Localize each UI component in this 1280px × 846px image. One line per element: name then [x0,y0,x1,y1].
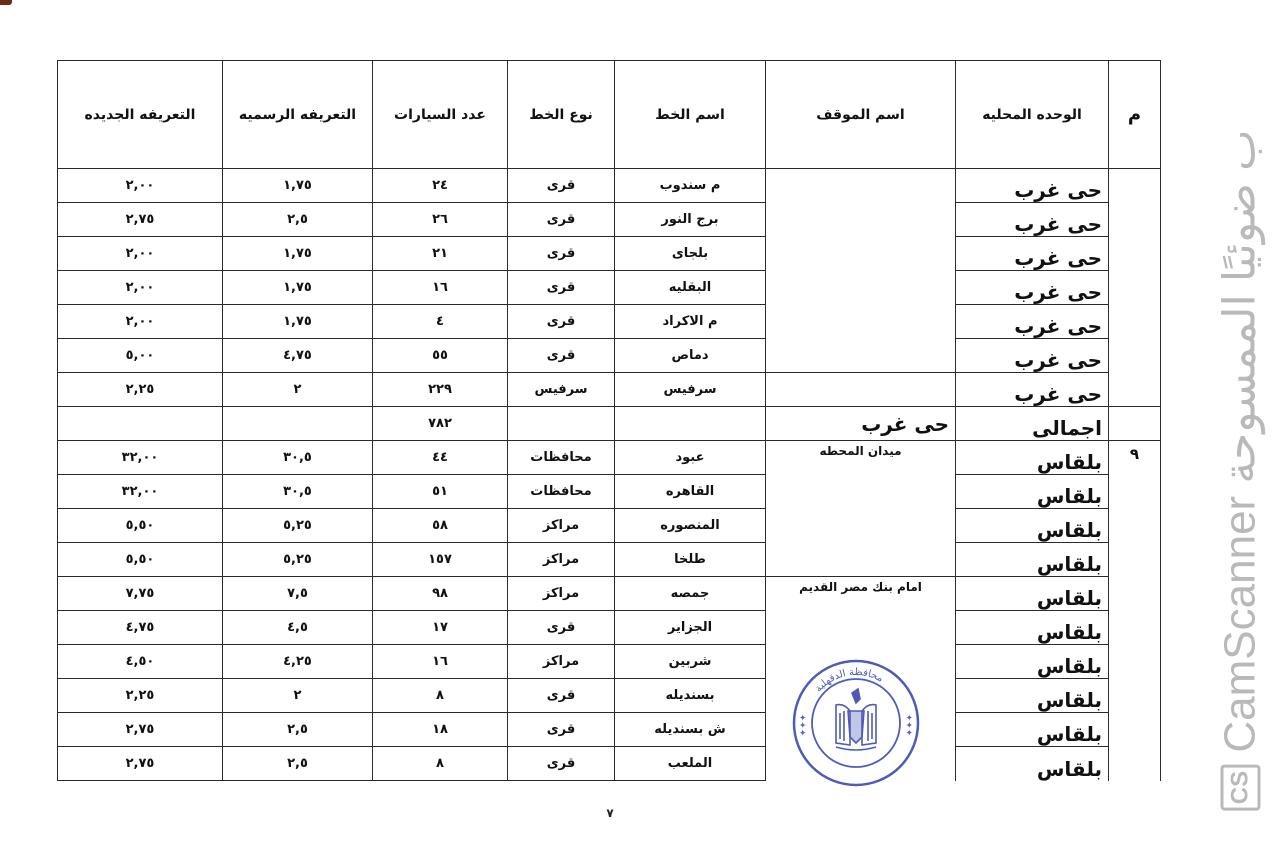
new-fare-cell: ٥,٠٠ [58,339,223,373]
new-fare-cell: ٢,٢٥ [58,679,223,713]
car-count-cell: ٥٨ [373,509,508,543]
camscanner-watermark: CS CamScanner ب ضوئيًا الممسوحة [1212,100,1268,840]
header-official-fare: التعريفه الرسميه [223,61,373,169]
car-count-cell: ٢٦ [373,203,508,237]
local-unit-cell: بلقاس [956,509,1109,543]
total-row: اجمالى حى غرب ٧٨٢ [58,407,1161,441]
new-fare-cell: ٥,٥٠ [58,543,223,577]
line-type-cell: سرفيس [508,373,615,407]
table-row: بلقاس الجزاير قرى ١٧ ٤,٥ ٤,٧٥ [58,611,1161,645]
local-unit-cell: بلقاس [956,577,1109,611]
local-unit-cell: بلقاس [956,713,1109,747]
table-row: بلقاس المنصوره مراكز ٥٨ ٥,٢٥ ٥,٥٠ [58,509,1161,543]
official-fare-cell: ٤,٧٥ [223,339,373,373]
official-fare-cell: ٢,٥ [223,713,373,747]
new-fare-cell: ٤,٥٠ [58,645,223,679]
line-type-cell: قرى [508,169,615,203]
line-type-cell: قرى [508,747,615,781]
header-index: م [1109,61,1161,169]
local-unit-cell: بلقاس [956,543,1109,577]
car-count-cell: ٨ [373,679,508,713]
new-fare-cell: ٢,٠٠ [58,169,223,203]
new-fare-cell [58,407,223,441]
table-row: بلقاس ش بسنديله قرى ١٨ ٢,٥ ٢,٧٥ [58,713,1161,747]
stop-name-cell [766,169,956,373]
local-unit-cell: حى غرب [956,237,1109,271]
line-name-cell: م سندوب [615,169,766,203]
official-fare-cell: ١,٧٥ [223,237,373,271]
total-unit-name: حى غرب [766,407,956,441]
car-count-cell: ٨ [373,747,508,781]
stop-name-cell [766,373,956,407]
camscanner-logo-icon: CS [1220,765,1260,811]
line-name-cell: م الاكراد [615,305,766,339]
car-count-cell: ١٧ [373,611,508,645]
new-fare-cell: ٢,٢٥ [58,373,223,407]
official-fare-cell: ١,٧٥ [223,271,373,305]
total-label: اجمالى [956,407,1109,441]
table-row: حى غرب البقليه قرى ١٦ ١,٧٥ ٢,٠٠ [58,271,1161,305]
line-type-cell: قرى [508,237,615,271]
line-name-cell [615,407,766,441]
table-row: حى غرب م الاكراد قرى ٤ ١,٧٥ ٢,٠٠ [58,305,1161,339]
car-count-cell: ١٥٧ [373,543,508,577]
page-number: ٧ [600,806,620,820]
car-count-cell: ٤ [373,305,508,339]
car-count-cell: ٢١ [373,237,508,271]
line-type-cell: قرى [508,305,615,339]
car-count-cell: ١٦ [373,271,508,305]
official-stamp: محافظة الدقهلية ✦✦✦ ✦✦✦ [786,653,926,793]
line-name-cell: جمصه [615,577,766,611]
line-type-cell: قرى [508,611,615,645]
official-fare-cell: ٢ [223,679,373,713]
new-fare-cell: ٢,٠٠ [58,305,223,339]
official-fare-cell: ٧,٥ [223,577,373,611]
table-row: بلقاس القاهره محافظات ٥١ ٣٠,٥ ٣٢,٠٠ [58,475,1161,509]
official-fare-cell: ١,٧٥ [223,169,373,203]
local-unit-cell: بلقاس [956,747,1109,781]
new-fare-cell: ٤,٧٥ [58,611,223,645]
header-new-fare: التعريفه الجديده [58,61,223,169]
svg-text:✦✦✦: ✦✦✦ [903,714,913,737]
new-fare-cell: ٧,٧٥ [58,577,223,611]
new-fare-cell: ٢,٧٥ [58,203,223,237]
line-type-cell: مراكز [508,509,615,543]
stop-name-cell: ميدان المحطه [766,441,956,577]
table-row: بلقاس بسنديله قرى ٨ ٢ ٢,٢٥ [58,679,1161,713]
line-type-cell: قرى [508,713,615,747]
line-name-cell: سرفيس [615,373,766,407]
local-unit-cell: حى غرب [956,271,1109,305]
official-fare-cell: ١,٧٥ [223,305,373,339]
local-unit-cell: بلقاس [956,611,1109,645]
total-car-count: ٧٨٢ [373,407,508,441]
table-row: بلقاس امام بنك مصر القديم جمصه مراكز ٩٨ … [58,577,1161,611]
new-fare-cell: ٣٢,٠٠ [58,441,223,475]
line-name-cell: عبود [615,441,766,475]
line-name-cell: ش بسنديله [615,713,766,747]
car-count-cell: ٩٨ [373,577,508,611]
line-name-cell: الملعب [615,747,766,781]
car-count-cell: ٢٤ [373,169,508,203]
new-fare-cell: ٢,٧٥ [58,713,223,747]
line-type-cell: قرى [508,271,615,305]
local-unit-cell: بلقاس [956,679,1109,713]
official-fare-cell: ٤,٥ [223,611,373,645]
line-name-cell: بسنديله [615,679,766,713]
local-unit-cell: حى غرب [956,305,1109,339]
official-fare-cell: ٤,٢٥ [223,645,373,679]
table-row: بلقاس شربين مراكز ١٦ ٤,٢٥ ٤,٥٠ [58,645,1161,679]
official-fare-cell: ٢,٥ [223,747,373,781]
new-fare-cell: ٢,٠٠ [58,237,223,271]
official-fare-cell: ٢ [223,373,373,407]
local-unit-cell: حى غرب [956,373,1109,407]
line-type-cell: قرى [508,339,615,373]
new-fare-cell: ٢,٧٥ [58,747,223,781]
table-row: حى غرب سرفيس سرفيس ٢٢٩ ٢ ٢,٢٥ [58,373,1161,407]
new-fare-cell: ٢,٠٠ [58,271,223,305]
tariff-table: م الوحده المحليه اسم الموقف اسم الخط نوع… [57,60,1161,781]
line-type-cell: محافظات [508,441,615,475]
local-unit-cell: حى غرب [956,169,1109,203]
line-type-cell [508,407,615,441]
line-name-cell: شربين [615,645,766,679]
line-name-cell: طلخا [615,543,766,577]
car-count-cell: ٢٢٩ [373,373,508,407]
car-count-cell: ٥١ [373,475,508,509]
official-fare-cell: ٣٠,٥ [223,441,373,475]
car-count-cell: ١٨ [373,713,508,747]
new-fare-cell: ٣٢,٠٠ [58,475,223,509]
line-type-cell: قرى [508,203,615,237]
index-cell: ٩ [1109,441,1161,781]
header-local-unit: الوحده المحليه [956,61,1109,169]
header-line-name: اسم الخط [615,61,766,169]
line-name-cell: المنصوره [615,509,766,543]
line-name-cell: دماص [615,339,766,373]
line-type-cell: محافظات [508,475,615,509]
line-name-cell: الجزاير [615,611,766,645]
car-count-cell: ١٦ [373,645,508,679]
table-row: بلقاس طلخا مراكز ١٥٧ ٥,٢٥ ٥,٥٠ [58,543,1161,577]
official-fare-cell: ٣٠,٥ [223,475,373,509]
header-car-count: عدد السيارات [373,61,508,169]
official-fare-cell: ٥,٢٥ [223,509,373,543]
header-line-type: نوع الخط [508,61,615,169]
watermark-label: CamScanner ب ضوئيًا الممسوحة [1215,129,1266,752]
line-name-cell: القاهره [615,475,766,509]
local-unit-cell: حى غرب [956,339,1109,373]
line-name-cell: برج النور [615,203,766,237]
index-cell [1109,407,1161,441]
table-row: حى غرب م سندوب قرى ٢٤ ١,٧٥ ٢,٠٠ [58,169,1161,203]
table-row: بلقاس الملعب قرى ٨ ٢,٥ ٢,٧٥ [58,747,1161,781]
header-stop-name: اسم الموقف [766,61,956,169]
line-name-cell: بلجاى [615,237,766,271]
car-count-cell: ٤٤ [373,441,508,475]
new-fare-cell: ٥,٥٠ [58,509,223,543]
official-fare-cell: ٥,٢٥ [223,543,373,577]
line-type-cell: قرى [508,679,615,713]
table-header-row: م الوحده المحليه اسم الموقف اسم الخط نوع… [58,61,1161,169]
line-name-cell: البقليه [615,271,766,305]
official-fare-cell: ٢,٥ [223,203,373,237]
index-cell [1109,169,1161,407]
local-unit-cell: بلقاس [956,475,1109,509]
table-row: حى غرب دماص قرى ٥٥ ٤,٧٥ ٥,٠٠ [58,339,1161,373]
line-type-cell: مراكز [508,645,615,679]
local-unit-cell: بلقاس [956,441,1109,475]
line-type-cell: مراكز [508,543,615,577]
svg-text:✦✦✦: ✦✦✦ [799,713,809,736]
line-type-cell: مراكز [508,577,615,611]
table-row: حى غرب بلجاى قرى ٢١ ١,٧٥ ٢,٠٠ [58,237,1161,271]
scan-edge-mark [0,0,12,5]
car-count-cell: ٥٥ [373,339,508,373]
table-row: حى غرب برج النور قرى ٢٦ ٢,٥ ٢,٧٥ [58,203,1161,237]
eagle-emblem-icon [836,689,876,750]
local-unit-cell: بلقاس [956,645,1109,679]
official-fare-cell [223,407,373,441]
local-unit-cell: حى غرب [956,203,1109,237]
table-row: ٩ بلقاس ميدان المحطه عبود محافظات ٤٤ ٣٠,… [58,441,1161,475]
